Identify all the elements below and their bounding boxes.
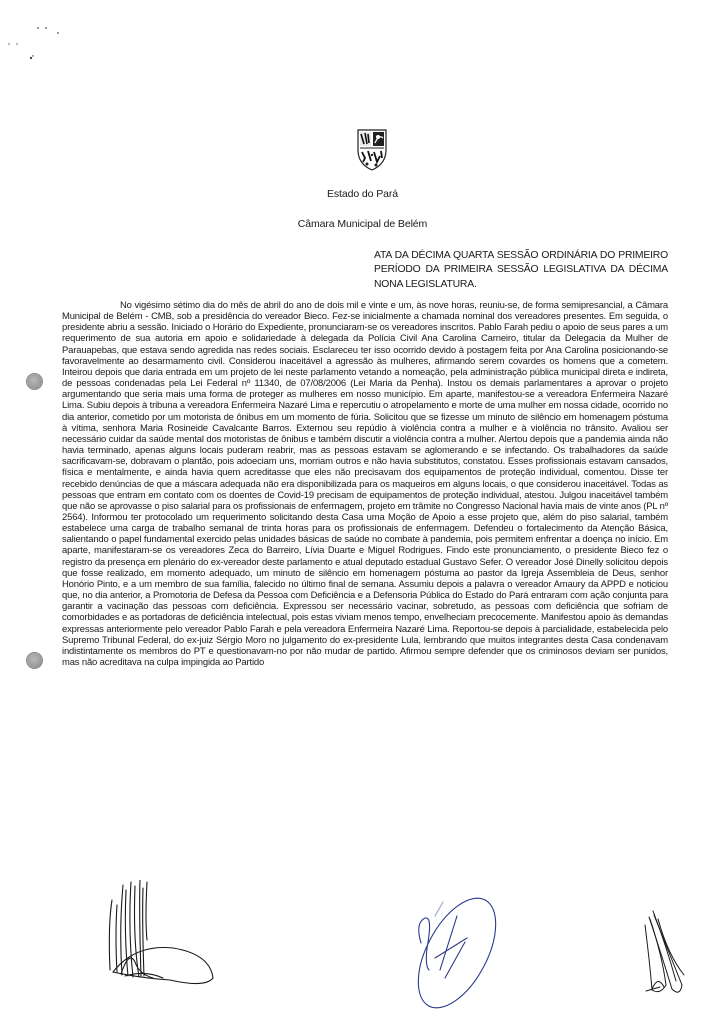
scan-noise-specks [0,0,80,80]
scanned-document-page: Estado do Pará Câmara Municipal de Belém… [0,0,725,1024]
signature-left [95,880,235,990]
minutes-body-text: No vigésimo sétimo dia do mês de abril d… [62,300,668,668]
signature-center [395,888,515,1013]
municipal-coat-of-arms-icon [355,128,389,172]
hole-punch-mark [27,653,42,668]
minutes-title: ATA DA DÉCIMA QUARTA SESSÃO ORDINÁRIA DO… [374,249,668,292]
chamber-name-heading: Câmara Municipal de Belém [0,218,725,230]
hole-punch-mark [27,374,42,389]
signature-right [640,905,700,1000]
state-name-heading: Estado do Pará [0,188,725,200]
